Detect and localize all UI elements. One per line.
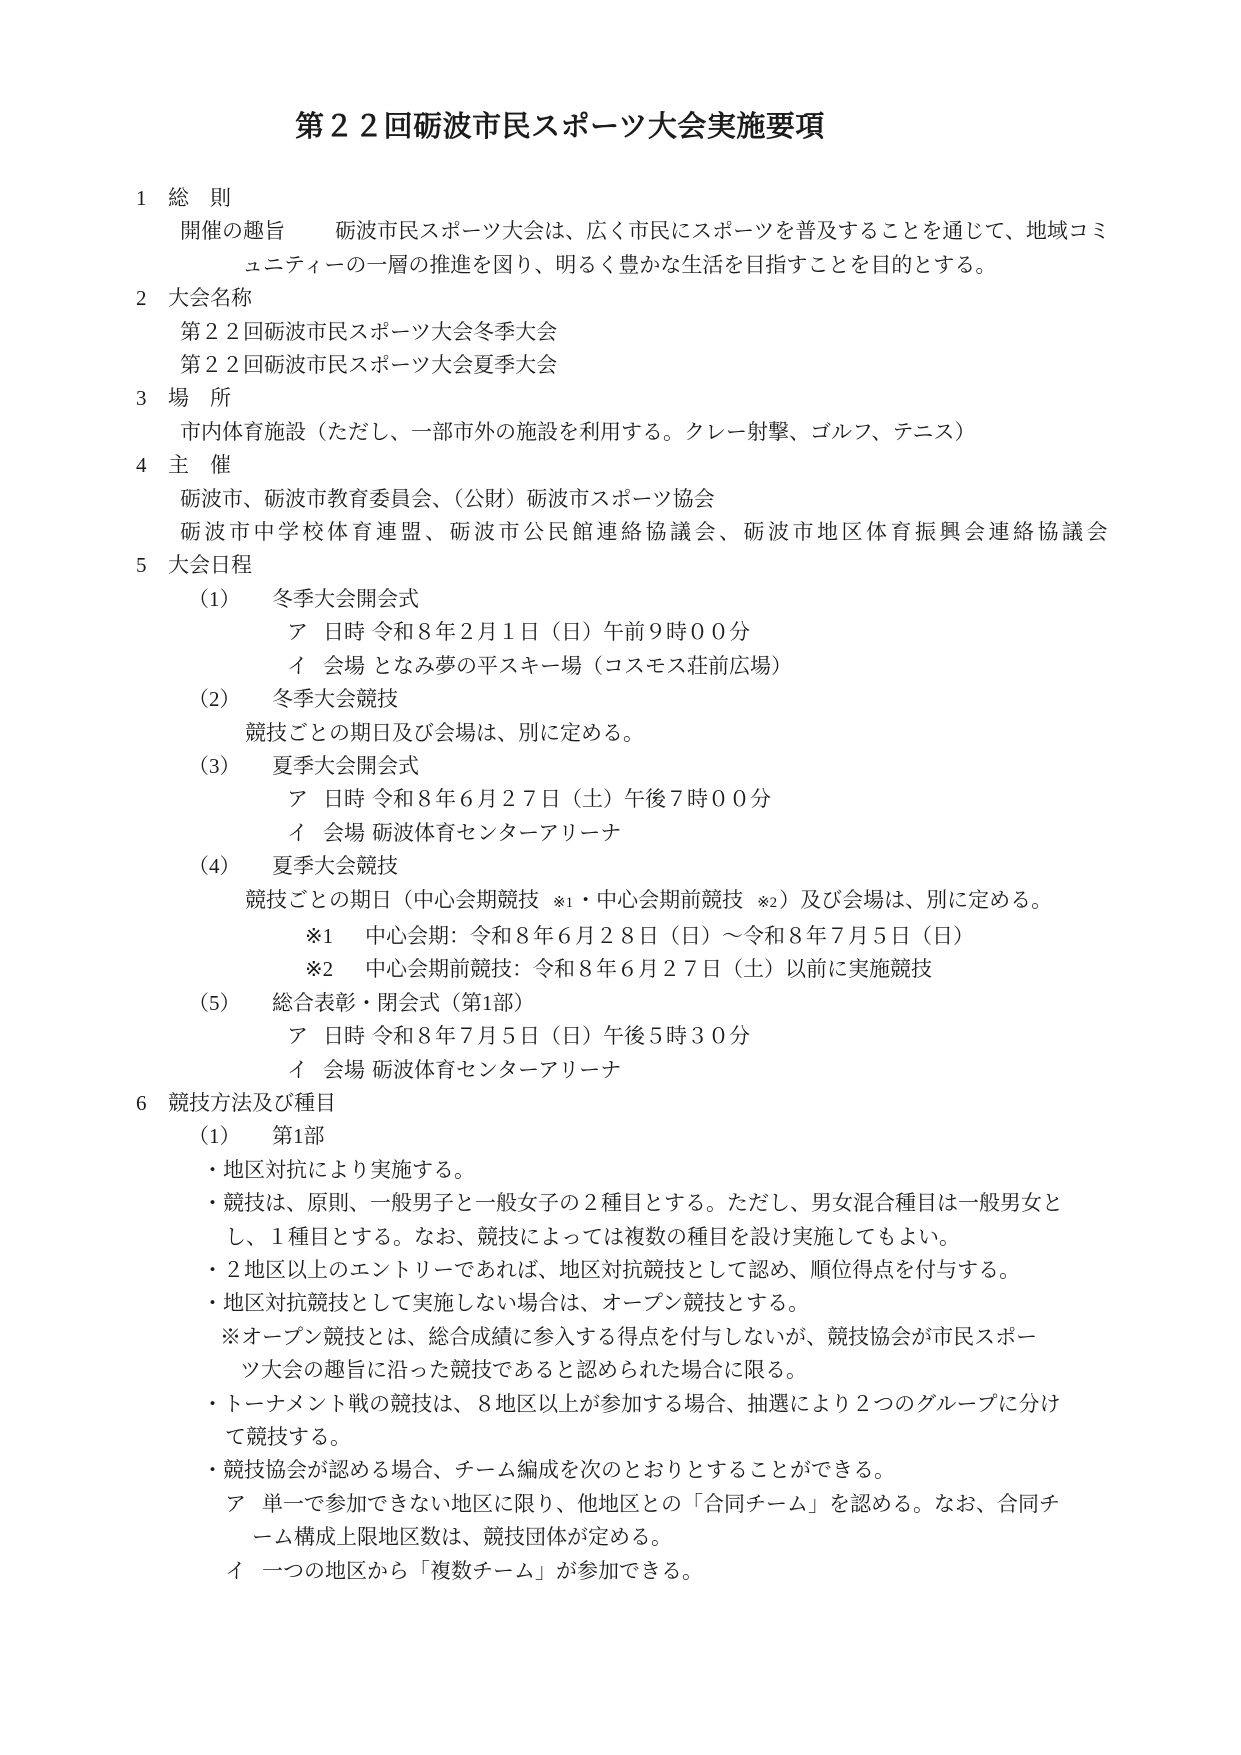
part-1-heading: （1）第1部 <box>188 1120 1241 1153</box>
field-label: 日時 <box>323 1020 372 1053</box>
section-title: 大会名称 <box>168 286 252 310</box>
note-text: ・中心会期前競技 <box>575 888 743 912</box>
schedule-item-1-datetime: ア日時令和８年２月１日（日）午前９時００分 <box>287 616 1241 649</box>
item-title: 冬季大会開会式 <box>272 587 419 611</box>
schedule-item-3-venue: イ会場砺波体育センターアリーナ <box>287 817 1241 850</box>
document-page: 第２２回砺波市民スポーツ大会実施要項 1総 則 開催の趣旨砺波市民スポーツ大会は… <box>0 0 1241 1755</box>
section-title: 大会日程 <box>168 553 252 577</box>
schedule-item-4-note: 競技ごとの期日（中心会期競技※1・中心会期前競技※2）及び会場は、別に定める。 <box>245 884 1241 920</box>
section-number: 2 <box>136 282 168 315</box>
footnote-ref-2: ※2 <box>757 895 777 911</box>
open-competition-note-line-1: ※オープン競技とは、総合成績に参入する得点を付与しないが、競技協会が市民スポー <box>220 1321 1241 1354</box>
rule-bullet-4: ・地区対抗競技として実施しない場合は、オープン競技とする。 <box>202 1287 1241 1320</box>
item-title: 夏季大会競技 <box>272 854 398 878</box>
team-rule-b: イ一つの地区から「複数チーム」が参加できる。 <box>225 1555 1241 1588</box>
note-text: ）及び会場は、別に定める。 <box>779 888 1052 912</box>
purpose-line-2: ュニティーの一層の推進を図り、明るく豊かな生活を目指すことを目的とする。 <box>242 249 1241 282</box>
field-label: 会場 <box>323 817 372 850</box>
footnote-marker: ※2 <box>305 953 365 986</box>
section-3-heading: 3場 所 <box>136 382 1241 415</box>
schedule-item-1-venue: イ会場となみ夢の平スキー場（コスモス荘前広場） <box>287 650 1241 683</box>
row-marker: イ <box>225 1555 262 1588</box>
section-5-heading: 5大会日程 <box>136 549 1241 582</box>
schedule-item-5-datetime: ア日時令和８年７月５日（日）午後５時３０分 <box>287 1020 1241 1053</box>
schedule-item-3: （3）夏季大会開会式 <box>188 750 1241 783</box>
document-title: 第２２回砺波市民スポーツ大会実施要項 <box>0 104 1120 145</box>
row-marker: イ <box>287 1054 323 1087</box>
open-competition-note-line-2: ツ大会の趣旨に沿った競技であると認められた場合に限る。 <box>240 1354 1241 1387</box>
item-label: （1） <box>188 1120 272 1153</box>
section-title: 主 催 <box>168 453 231 477</box>
event-name-summer: 第２２回砺波市民スポーツ大会夏季大会 <box>180 349 1241 382</box>
venue-text: 市内体育施設（ただし、一部市外の施設を利用する。クレー射撃、ゴルフ、テニス） <box>180 416 1241 449</box>
purpose-label: 開催の趣旨 <box>180 215 335 248</box>
section-number: 6 <box>136 1087 168 1120</box>
organizer-line-1: 砺波市、砺波市教育委員会、（公財）砺波市スポーツ協会 <box>180 483 1241 516</box>
rule-text: 単一で参加できない地区に限り、他地区との「合同チーム」を認める。なお、合同チ <box>262 1492 1060 1516</box>
row-marker: ア <box>287 616 323 649</box>
section-6-heading: 6競技方法及び種目 <box>136 1087 1241 1120</box>
footnote-ref-1: ※1 <box>553 895 573 911</box>
item-label: （5） <box>188 987 272 1020</box>
schedule-item-2: （2）冬季大会競技 <box>188 683 1241 716</box>
section-title: 競技方法及び種目 <box>168 1091 336 1115</box>
row-marker: ア <box>225 1488 262 1521</box>
rule-bullet-6: ・競技協会が認める場合、チーム編成を次のとおりとすることができる。 <box>202 1454 1241 1487</box>
schedule-item-4: （4）夏季大会競技 <box>188 850 1241 883</box>
section-1-heading: 1総 則 <box>136 182 1241 215</box>
rule-bullet-1: ・地区対抗により実施する。 <box>202 1154 1241 1187</box>
rule-bullet-5-line-1: ・トーナメント戦の競技は、８地区以上が参加する場合、抽選により２つのグループに分… <box>202 1388 1241 1421</box>
section-number: 4 <box>136 449 168 482</box>
section-title: 場 所 <box>168 386 231 410</box>
section-2-heading: 2大会名称 <box>136 282 1241 315</box>
footnote-text: 中心会期：令和８年６月２８日（日）～令和８年７月５日（日） <box>365 924 974 948</box>
schedule-item-5: （5）総合表彰・閉会式（第1部） <box>188 987 1241 1020</box>
purpose-text: 砺波市民スポーツ大会は、広く市民にスポーツを普及することを通じて、地域コミ <box>335 219 1110 243</box>
rule-bullet-3: ・２地区以上のエントリーであれば、地区対抗競技として認め、順位得点を付与する。 <box>202 1254 1241 1287</box>
purpose-line-1: 開催の趣旨砺波市民スポーツ大会は、広く市民にスポーツを普及することを通じて、地域… <box>180 215 1241 248</box>
field-value: 砺波体育センターアリーナ <box>372 1058 621 1082</box>
footnote-text: 中心会期前競技：令和８年６月２７日（土）以前に実施競技 <box>365 957 932 981</box>
item-title: 冬季大会競技 <box>272 687 398 711</box>
item-title: 総合表彰・閉会式（第1部） <box>272 991 535 1015</box>
schedule-item-1: （1）冬季大会開会式 <box>188 583 1241 616</box>
section-4-heading: 4主 催 <box>136 449 1241 482</box>
item-title: 第1部 <box>272 1124 325 1148</box>
footnote-1: ※1中心会期：令和８年６月２８日（日）～令和８年７月５日（日） <box>305 920 1241 953</box>
field-value: 令和８年７月５日（日）午後５時３０分 <box>372 1024 750 1048</box>
section-title: 総 則 <box>168 186 231 210</box>
item-label: （1） <box>188 583 272 616</box>
row-marker: イ <box>287 817 323 850</box>
event-name-winter: 第２２回砺波市民スポーツ大会冬季大会 <box>180 316 1241 349</box>
rule-text: 一つの地区から「複数チーム」が参加できる。 <box>262 1559 703 1583</box>
item-label: （3） <box>188 750 272 783</box>
field-value: となみ夢の平スキー場（コスモス荘前広場） <box>372 654 792 678</box>
note-text: 競技ごとの期日（中心会期競技 <box>245 888 539 912</box>
section-number: 3 <box>136 382 168 415</box>
team-rule-a-line-1: ア単一で参加できない地区に限り、他地区との「合同チーム」を認める。なお、合同チ <box>225 1488 1241 1521</box>
field-value: 令和８年２月１日（日）午前９時００分 <box>372 620 750 644</box>
organizer-line-2: 砺波市中学校体育連盟、砺波市公民館連絡協議会、砺波市地区体育振興会連絡協議会 <box>180 516 1241 549</box>
row-marker: イ <box>287 650 323 683</box>
team-rule-a-line-2: ーム構成上限地区数は、競技団体が定める。 <box>252 1521 1241 1554</box>
item-label: （4） <box>188 850 272 883</box>
field-label: 日時 <box>323 616 372 649</box>
row-marker: ア <box>287 1020 323 1053</box>
section-number: 1 <box>136 182 168 215</box>
footnote-marker: ※1 <box>305 920 365 953</box>
row-marker: ア <box>287 783 323 816</box>
schedule-item-2-note: 競技ごとの期日及び会場は、別に定める。 <box>245 717 1241 750</box>
schedule-item-3-datetime: ア日時令和８年６月２７日（土）午後７時００分 <box>287 783 1241 816</box>
rule-bullet-5-line-2: て競技する。 <box>225 1421 1241 1454</box>
field-label: 会場 <box>323 650 372 683</box>
rule-bullet-2-line-1: ・競技は、原則、一般男子と一般女子の２種目とする。ただし、男女混合種目は一般男女… <box>202 1187 1241 1220</box>
footnote-2: ※2中心会期前競技：令和８年６月２７日（土）以前に実施競技 <box>305 953 1241 986</box>
field-label: 会場 <box>323 1054 372 1087</box>
field-value: 砺波体育センターアリーナ <box>372 821 621 845</box>
document-body: 1総 則 開催の趣旨砺波市民スポーツ大会は、広く市民にスポーツを普及することを通… <box>0 182 1241 1588</box>
field-label: 日時 <box>323 783 372 816</box>
schedule-item-5-venue: イ会場砺波体育センターアリーナ <box>287 1054 1241 1087</box>
field-value: 令和８年６月２７日（土）午後７時００分 <box>372 787 771 811</box>
section-number: 5 <box>136 549 168 582</box>
item-label: （2） <box>188 683 272 716</box>
item-title: 夏季大会開会式 <box>272 754 419 778</box>
rule-bullet-2-line-2: し、１種目とする。なお、競技によっては複数の種目を設け実施してもよい。 <box>225 1221 1241 1254</box>
